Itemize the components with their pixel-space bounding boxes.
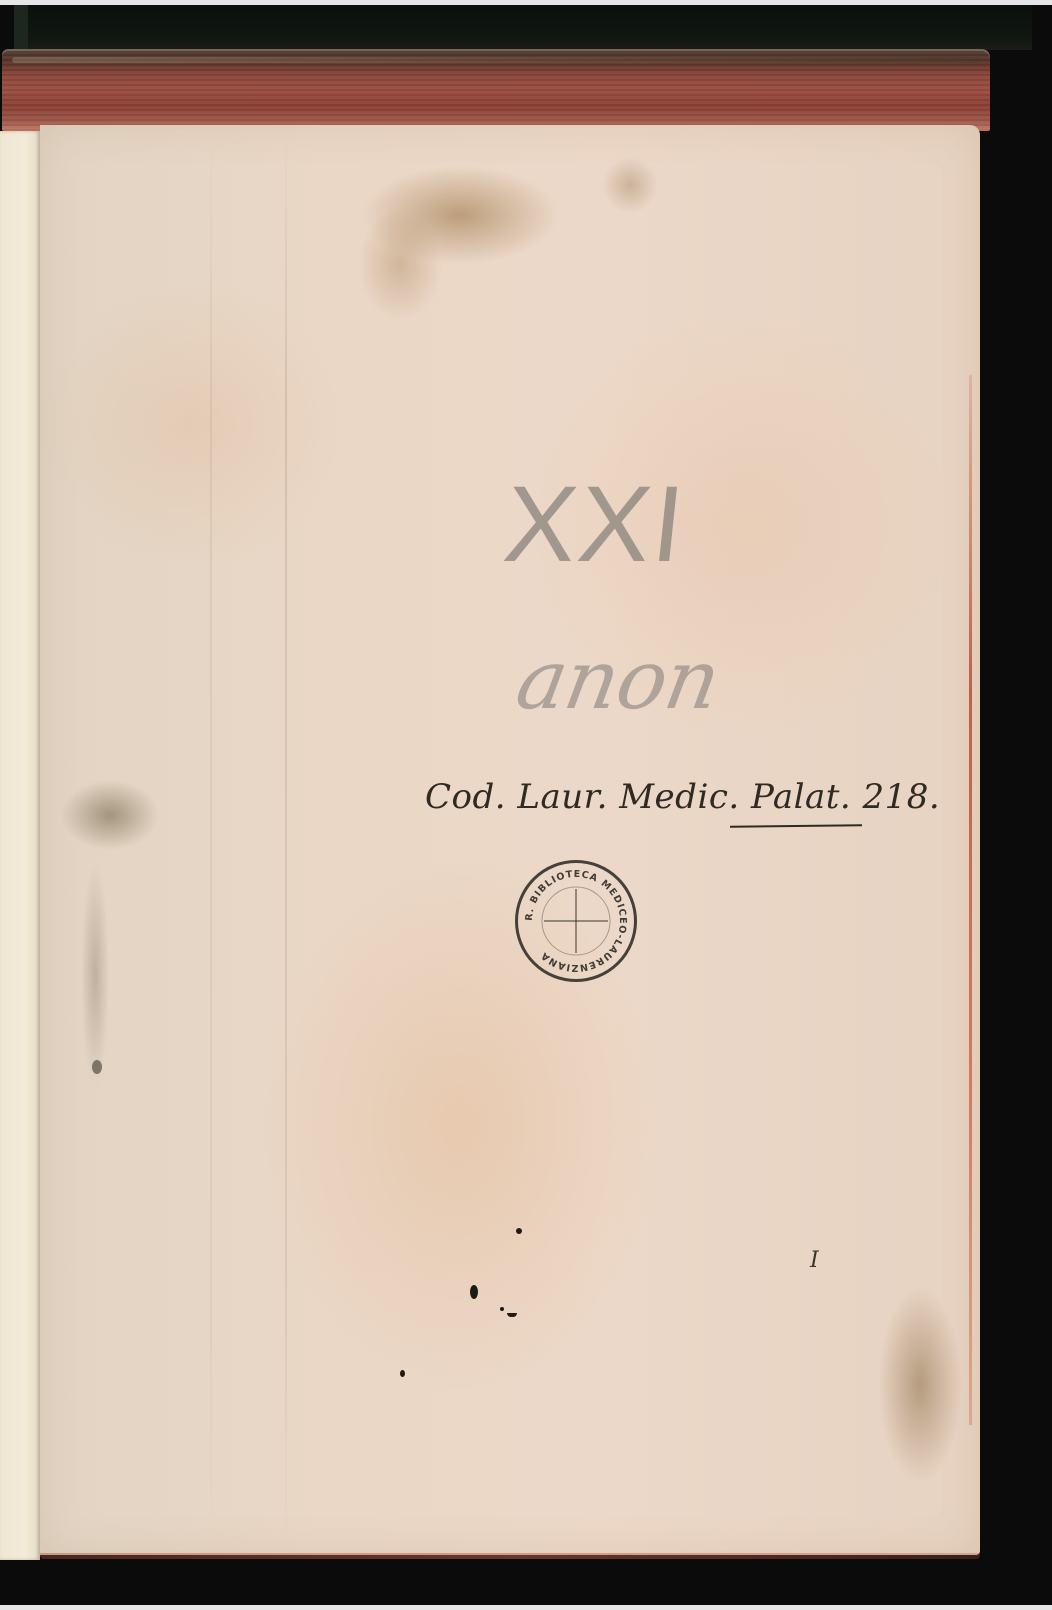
- page-bottom-edge: [40, 1553, 980, 1559]
- binding-top: [22, 5, 1032, 50]
- manuscript-page: XXI anon Cod. Laur. Medic. Palat. 218. R…: [40, 125, 980, 1555]
- ink-spot: [507, 1313, 517, 1317]
- shelfmark-underline: [730, 824, 862, 827]
- stain-spot: [92, 1060, 102, 1074]
- library-stamp: R. BIBLIOTECA MEDICEO-LAURENZIANA: [515, 860, 637, 982]
- pencil-author-note: anon: [511, 640, 725, 722]
- shelfmark: Cod. Laur. Medic. Palat. 218.: [425, 780, 940, 814]
- ink-spot: [500, 1307, 504, 1311]
- page-crease: [285, 125, 287, 1555]
- ink-spot: [400, 1370, 405, 1377]
- page-crease: [210, 125, 212, 1555]
- pencil-numeral: XXI: [499, 470, 690, 578]
- ink-spot: [470, 1285, 478, 1299]
- stamp-seal-icon: R. BIBLIOTECA MEDICEO-LAURENZIANA: [518, 863, 634, 979]
- fore-edge-line: [969, 375, 972, 1425]
- binding-left-edge: [14, 5, 28, 50]
- scan-viewport: XXI anon Cod. Laur. Medic. Palat. 218. R…: [0, 5, 1052, 1605]
- red-page-edge: [2, 49, 990, 131]
- folio-number: I: [810, 1250, 819, 1272]
- flyleaf: [0, 131, 40, 1560]
- ink-spot: [516, 1228, 522, 1234]
